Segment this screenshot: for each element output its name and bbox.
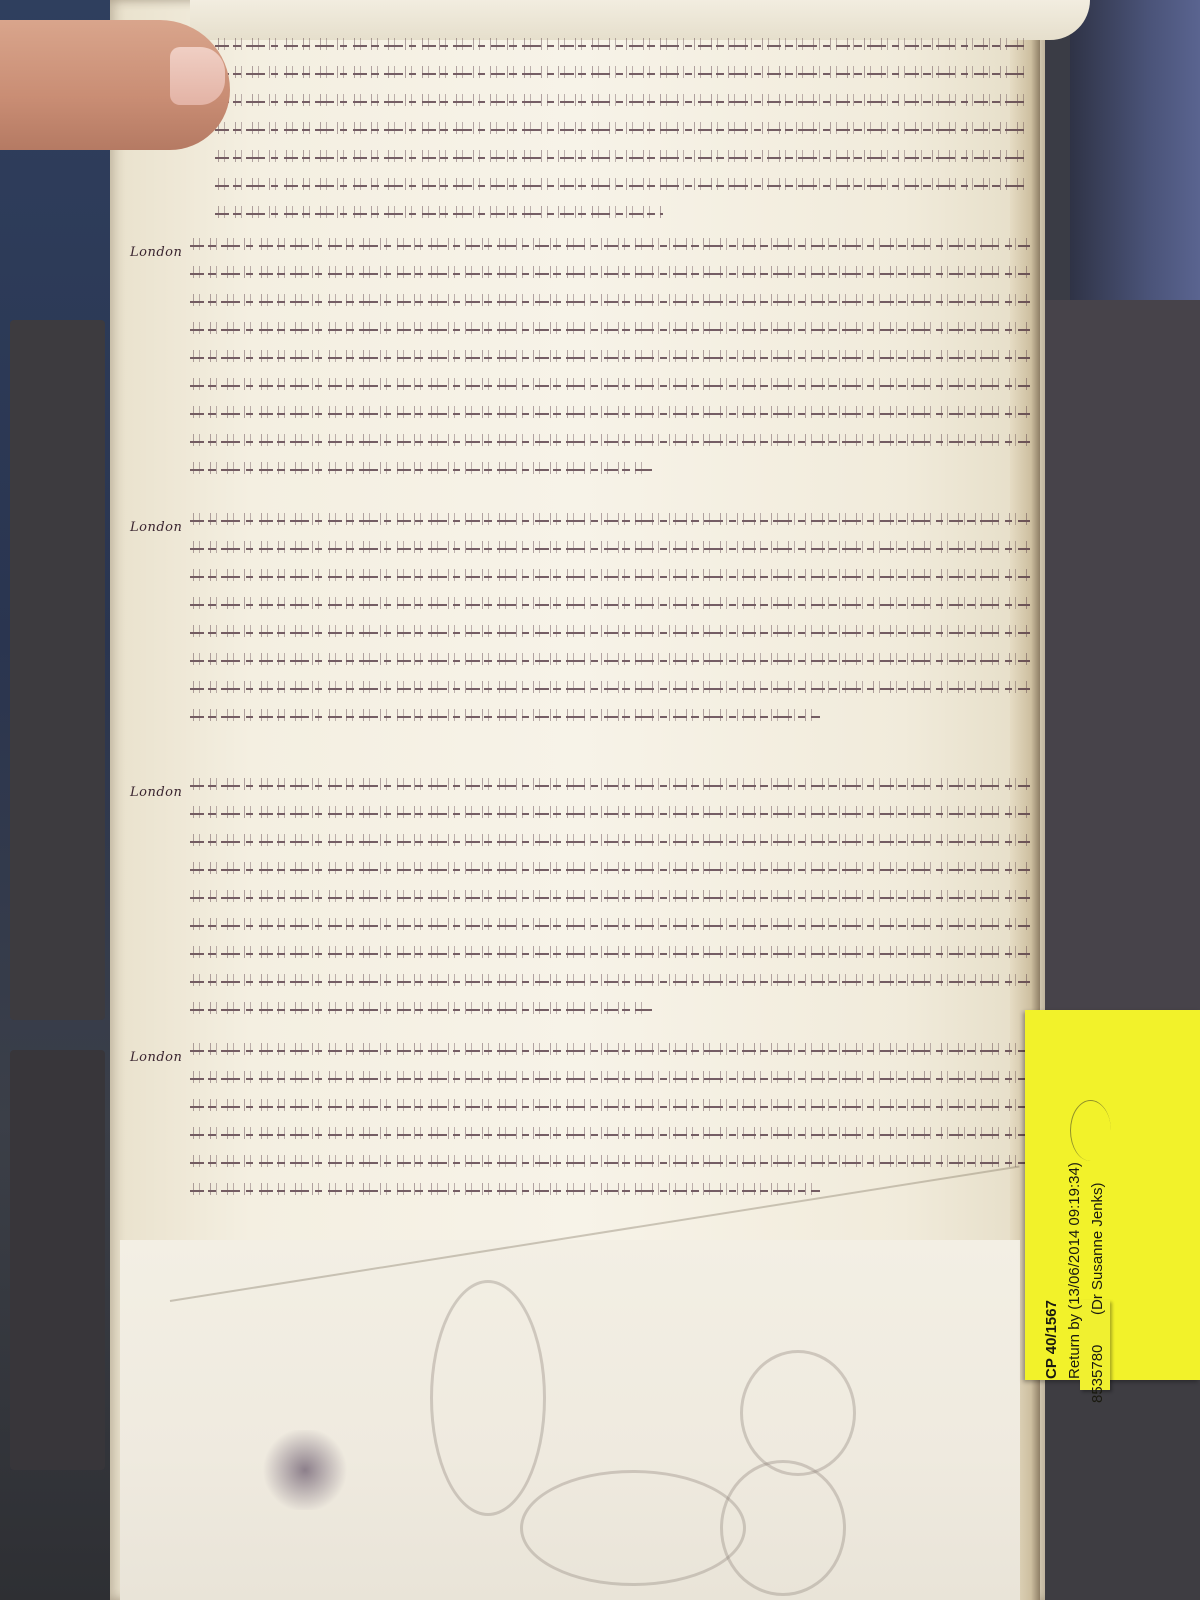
lower-blank-sheet xyxy=(120,1240,1020,1600)
ink-stain xyxy=(260,1430,350,1510)
script-text xyxy=(190,1050,1030,1218)
slip-return-by: Return by (13/06/2014 09:19:34) xyxy=(1066,1162,1083,1379)
slip-reference: CP 40/1567 xyxy=(1043,1300,1060,1379)
script-text xyxy=(215,45,1030,241)
slip-reader-id: 8535780 xyxy=(1089,1345,1106,1403)
script-text xyxy=(190,785,1030,1037)
background-block xyxy=(10,320,105,1020)
margin-label: London xyxy=(130,1050,182,1065)
faded-drawing xyxy=(430,1280,546,1516)
faded-drawing xyxy=(740,1350,856,1476)
thumbnail xyxy=(170,47,225,105)
background-right-top xyxy=(1070,0,1200,300)
parchment-curl xyxy=(190,0,1090,40)
margin-label: London xyxy=(130,520,182,535)
script-text xyxy=(190,520,1030,744)
slip-reader-name: (Dr Susanne Jenks) xyxy=(1089,1182,1106,1315)
pencil-mark xyxy=(1070,1100,1111,1161)
margin-label: London xyxy=(130,245,182,260)
faded-drawing xyxy=(520,1470,746,1586)
script-text xyxy=(190,245,1030,497)
margin-label: London xyxy=(130,785,182,800)
background-block xyxy=(10,1050,105,1470)
background-right-mid xyxy=(1040,300,1200,1040)
